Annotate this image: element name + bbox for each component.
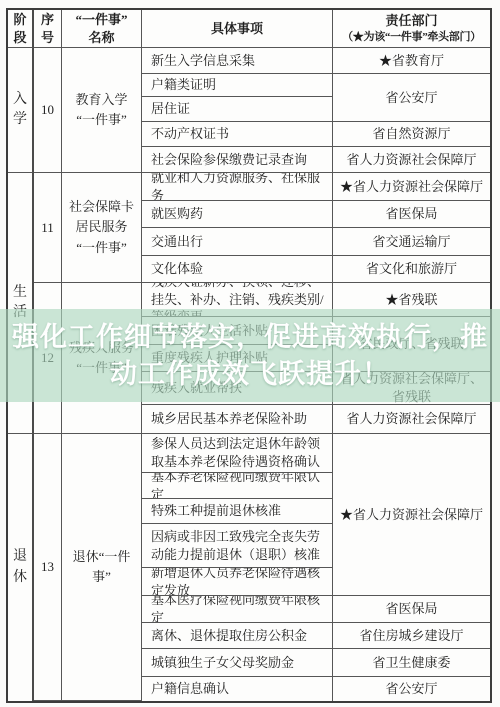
- item-text: 社会保险参保缴费记录查询: [151, 151, 307, 169]
- table-row-dept: 省自然资源厅: [333, 122, 490, 147]
- serial-13-label: 13: [41, 558, 54, 576]
- header-items-label: 具体事项: [211, 20, 263, 38]
- header-dept-line1: 责任部门: [385, 12, 437, 30]
- slogan-line2: 动工作成效飞跃提升！: [110, 356, 390, 392]
- item-text: 不动产权证书: [151, 125, 229, 143]
- table-row-item: 就业和人力资源服务、社保服务: [142, 173, 333, 201]
- dept-text: ★省残联: [385, 291, 437, 309]
- group-10-name-line2: “一件事”: [76, 110, 127, 130]
- serial-13: 13: [34, 434, 62, 701]
- slogan-banner: 强化工作细节落实，促进高效执行，推 动工作成效飞跃提升！: [0, 309, 500, 402]
- group-10-name-line1: 教育入学: [75, 90, 127, 110]
- table-row-dept: 省住房城乡建设厅: [333, 623, 490, 649]
- table-row-item: 户籍类证明: [142, 74, 333, 97]
- table-row-dept: ★省人力资源社会保障厅: [333, 173, 490, 201]
- dept-text: 省卫生健康委: [372, 654, 450, 672]
- table-row-item: 文化体验: [142, 256, 333, 283]
- table-row-item: 新增退休人员养老保险待遇核定发放: [142, 568, 333, 596]
- table-row-dept: 省人力资源社会保障厅: [333, 405, 490, 434]
- item-text: 因病或非因工致残完全丧失劳动能力提前退休（退职）核准: [151, 528, 327, 563]
- table-row-item: 城乡居民基本养老保险补助: [142, 405, 333, 434]
- table-row-dept: 省公安厅: [333, 677, 490, 701]
- item-text: 特殊工种提前退休核准: [151, 502, 281, 520]
- item-text: 基本医疗保险视同缴费年限核定: [151, 596, 327, 623]
- document-page: 阶段 序号 “一件事” 名称 具体事项 责任部门 （★为该“一件事”牵头部门） …: [0, 0, 500, 707]
- header-dept-line2: （★为该“一件事”牵头部门）: [342, 30, 481, 45]
- serial-11: 11: [34, 173, 62, 283]
- dept-text: 省交通运输厅: [372, 233, 450, 251]
- group-10-name: 教育入学 “一件事”: [62, 48, 142, 173]
- table-row-dept: 省卫生健康委: [333, 649, 490, 677]
- dept-text: ★省人力资源社会保障厅: [340, 178, 483, 196]
- table-row-dept: 省人力资源社会保障厅: [333, 147, 490, 173]
- header-name-line1: “一件事”: [75, 11, 127, 29]
- table-row-item: 离休、退休提取住房公积金: [142, 623, 333, 649]
- table-row-item: 因病或非因工致残完全丧失劳动能力提前退休（退职）核准: [142, 524, 333, 568]
- item-text: 就医购药: [151, 205, 203, 223]
- table-row-item: 基本养老保险视同缴费年限认定: [142, 473, 333, 499]
- stage-retirement-label: 退休: [13, 547, 28, 588]
- serial-11-label: 11: [41, 219, 54, 237]
- group-13-name-line1: 退休“一件事”: [65, 547, 138, 587]
- item-text: 户籍类证明: [151, 76, 216, 94]
- stage-enrollment-label: 入学: [13, 90, 28, 131]
- group-11-name-line3: “一件事”: [76, 238, 127, 258]
- slogan-line1: 强化工作细节落实，促进高效执行，推: [12, 319, 488, 355]
- dept-text: 省人力资源社会保障厅: [346, 410, 476, 428]
- header-stage: 阶段: [8, 10, 34, 48]
- dept-text: 省公安厅: [385, 680, 437, 698]
- table-row-item: 城镇独生子女父母奖励金: [142, 649, 333, 677]
- group-11-name-line2: 居民服务: [75, 217, 127, 237]
- item-text: 文化体验: [151, 260, 203, 278]
- serial-10-label: 10: [41, 101, 54, 119]
- item-text: 城乡居民基本养老保险补助: [151, 410, 307, 428]
- table-row-dept: 省公安厅: [333, 74, 490, 122]
- table-row-item: 新生入学信息采集: [142, 48, 333, 74]
- table-row-item: 基本医疗保险视同缴费年限核定: [142, 596, 333, 623]
- item-text: 城镇独生子女父母奖励金: [151, 654, 294, 672]
- table-row-item: 参保人员达到法定退休年龄领取基本养老保险待遇资格确认: [142, 434, 333, 473]
- table-row-dept: 省文化和旅游厅: [333, 256, 490, 283]
- header-serial: 序号: [34, 10, 62, 48]
- item-text: 居住证: [151, 100, 190, 118]
- stage-retirement: 退休: [8, 434, 34, 701]
- table-row-item: 特殊工种提前退休核准: [142, 499, 333, 524]
- group-11-name-line1: 社会保障卡: [69, 197, 134, 217]
- table-row-item: 户籍信息确认: [142, 677, 333, 701]
- item-text: 交通出行: [151, 233, 203, 251]
- dept-text: 省人力资源社会保障厅: [346, 151, 476, 169]
- dept-text: 省公安厅: [385, 89, 437, 107]
- item-text: 新增退休人员养老保险待遇核定发放: [151, 568, 327, 596]
- serial-10: 10: [34, 48, 62, 173]
- item-text: 户籍信息确认: [151, 680, 229, 698]
- header-name: “一件事” 名称: [62, 10, 142, 48]
- table-row-item: 不动产权证书: [142, 122, 333, 147]
- dept-text: 省自然资源厅: [372, 125, 450, 143]
- dept-text: 省医保局: [385, 600, 437, 618]
- dept-text: 省住房城乡建设厅: [359, 627, 463, 645]
- stage-enrollment: 入学: [8, 48, 34, 173]
- table-row-dept: 省医保局: [333, 201, 490, 228]
- dept-text: 省文化和旅游厅: [366, 260, 457, 278]
- table-row-dept: ★省人力资源社会保障厅: [333, 434, 490, 596]
- table-row-item: 交通出行: [142, 228, 333, 256]
- table-row-dept: 省交通运输厅: [333, 228, 490, 256]
- dept-text: 省医保局: [385, 205, 437, 223]
- item-text: 新生入学信息采集: [151, 52, 255, 70]
- header-items: 具体事项: [142, 10, 333, 48]
- item-text: 基本养老保险视同缴费年限认定: [151, 473, 327, 499]
- header-dept: 责任部门 （★为该“一件事”牵头部门）: [333, 10, 490, 48]
- table-row-item: 居住证: [142, 97, 333, 122]
- item-text: 参保人员达到法定退休年龄领取基本养老保险待遇资格确认: [151, 435, 327, 470]
- group-13-name: 退休“一件事”: [62, 434, 142, 701]
- item-text: 离休、退休提取住房公积金: [151, 627, 307, 645]
- table-row-dept: 省医保局: [333, 596, 490, 623]
- dept-text: ★省教育厅: [379, 52, 444, 70]
- group-11-name: 社会保障卡 居民服务 “一件事”: [62, 173, 142, 283]
- dept-text: ★省人力资源社会保障厅: [340, 506, 483, 524]
- table-row-item: 社会保险参保缴费记录查询: [142, 147, 333, 173]
- table-row-dept: ★省教育厅: [333, 48, 490, 74]
- header-name-line2: 名称: [88, 29, 114, 47]
- header-stage-label: 阶段: [11, 11, 29, 46]
- item-text: 就业和人力资源服务、社保服务: [151, 173, 327, 201]
- header-serial-label: 序号: [37, 11, 58, 46]
- table-row-item: 就医购药: [142, 201, 333, 228]
